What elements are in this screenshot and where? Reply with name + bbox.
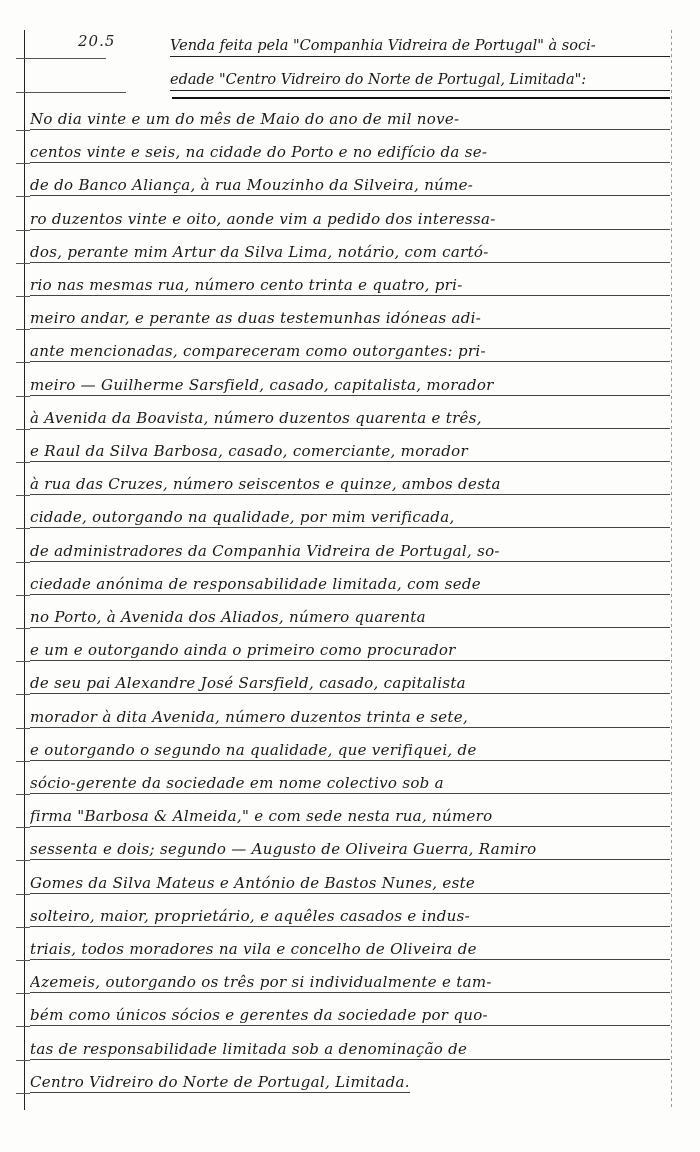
- body-line: tas de responsabilidade limitada sob a d…: [30, 1040, 670, 1060]
- right-margin-rule: [671, 30, 672, 1110]
- body-line: à rua das Cruzes, número seiscentos e qu…: [30, 475, 670, 495]
- body-line: e outorgando o segundo na qualidade, que…: [30, 741, 670, 761]
- margin-tick: [16, 230, 30, 231]
- body-line: No dia vinte e um do mês de Maio do ano …: [30, 110, 670, 130]
- entry-number: 20.5: [78, 32, 115, 50]
- body-line: solteiro, maior, proprietário, e aquêles…: [30, 907, 670, 927]
- body-line: rio nas mesmas rua, número cento trinta …: [30, 276, 670, 296]
- body-line: Gomes da Silva Mateus e António de Basto…: [30, 874, 670, 894]
- body-line: dos, perante mim Artur da Silva Lima, no…: [30, 243, 670, 263]
- body-line: de administradores da Companhia Vidreira…: [30, 542, 670, 562]
- body-line: ro duzentos vinte e oito, aonde vim a pe…: [30, 210, 670, 230]
- margin-tick: [16, 396, 30, 397]
- body-line: e um e outorgando ainda o primeiro como …: [30, 641, 670, 661]
- body-line: sócio-gerente da sociedade em nome colec…: [30, 774, 670, 794]
- margin-tick: [16, 661, 30, 662]
- body-line: de do Banco Aliança, à rua Mouzinho da S…: [30, 176, 670, 196]
- margin-tick: [16, 92, 126, 93]
- body-line: triais, todos moradores na vila e concel…: [30, 940, 670, 960]
- margin-tick: [16, 528, 30, 529]
- body-line: Azemeis, outorgando os três por si indiv…: [30, 973, 670, 993]
- body-line: de seu pai Alexandre José Sarsfield, cas…: [30, 674, 670, 694]
- margin-tick: [16, 827, 30, 828]
- body-line: centos vinte e seis, na cidade do Porto …: [30, 143, 670, 163]
- margin-tick: [16, 728, 30, 729]
- margin-tick: [16, 462, 30, 463]
- title-line-2: edade "Centro Vidreiro do Norte de Portu…: [170, 72, 670, 91]
- margin-tick: [16, 263, 30, 264]
- body-line: no Porto, à Avenida dos Aliados, número …: [30, 608, 670, 628]
- margin-tick: [16, 694, 30, 695]
- margin-tick: [16, 296, 30, 297]
- margin-tick: [16, 761, 30, 762]
- body-line: sessenta e dois; segundo — Augusto de Ol…: [30, 840, 670, 860]
- margin-tick: [16, 595, 30, 596]
- left-margin-rule: [24, 30, 25, 1110]
- body-line: ciedade anónima de responsabilidade limi…: [30, 575, 670, 595]
- margin-tick: [16, 495, 30, 496]
- margin-tick: [16, 927, 30, 928]
- margin-tick: [16, 163, 30, 164]
- body-line: firma "Barbosa & Almeida," e com sede ne…: [30, 807, 670, 827]
- margin-tick: [16, 1060, 30, 1061]
- margin-tick: [16, 562, 30, 563]
- body-line: bém como únicos sócios e gerentes da soc…: [30, 1006, 670, 1026]
- margin-tick: [16, 860, 30, 861]
- body-line: à Avenida da Boavista, número duzentos q…: [30, 409, 670, 429]
- body-line: morador à dita Avenida, número duzentos …: [30, 708, 670, 728]
- margin-tick: [16, 628, 30, 629]
- margin-tick: [16, 196, 30, 197]
- document-page: 20.5 Venda feita pela "Companhia Vidreir…: [0, 0, 700, 1152]
- body-line: ante mencionadas, compareceram como outo…: [30, 342, 670, 362]
- margin-tick: [16, 1093, 30, 1094]
- margin-tick: [16, 362, 30, 363]
- margin-tick: [16, 429, 30, 430]
- margin-tick: [16, 960, 30, 961]
- body-line: cidade, outorgando na qualidade, por mim…: [30, 508, 670, 528]
- body-line: e Raul da Silva Barbosa, casado, comerci…: [30, 442, 670, 462]
- body-line: Centro Vidreiro do Norte de Portugal, Li…: [30, 1073, 410, 1093]
- title-line-1: Venda feita pela "Companhia Vidreira de …: [170, 38, 670, 57]
- margin-tick: [16, 993, 30, 994]
- margin-tick: [16, 1026, 30, 1027]
- margin-tick: [16, 58, 106, 59]
- margin-tick: [16, 130, 30, 131]
- title-underline: [172, 97, 670, 99]
- margin-tick: [16, 794, 30, 795]
- margin-tick: [16, 329, 30, 330]
- body-line: meiro andar, e perante as duas testemunh…: [30, 309, 670, 329]
- body-line: meiro — Guilherme Sarsfield, casado, cap…: [30, 376, 670, 396]
- margin-tick: [16, 894, 30, 895]
